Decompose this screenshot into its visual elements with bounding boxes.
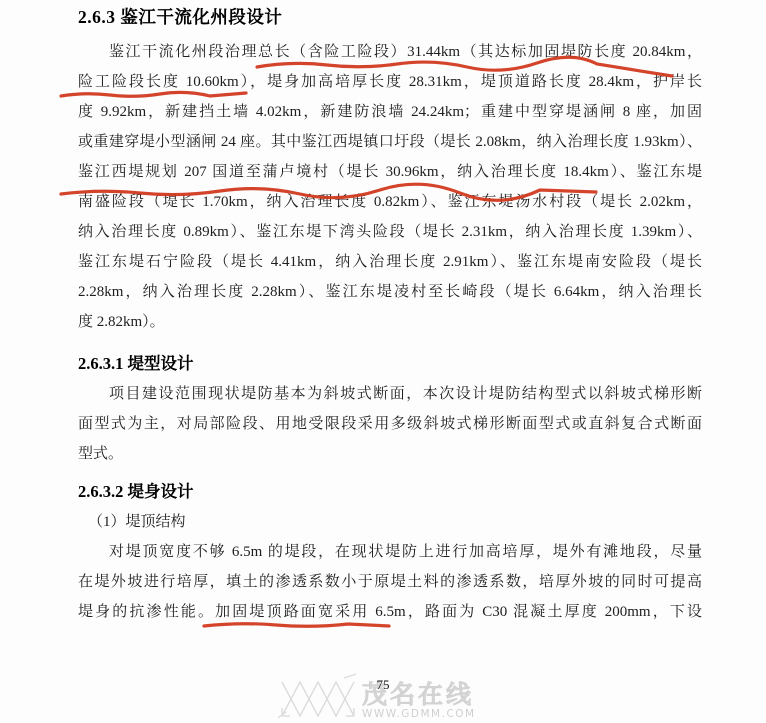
text-line: 度 2.82km）。	[78, 307, 702, 337]
page-number: 75	[0, 677, 766, 693]
text-line: 在堤外坡进行培厚，填土的渗透系数小于原堤土料的渗透系数，培厚外坡的同时可提高	[78, 567, 702, 597]
text-line: 堤身的抗渗性能。加固堤顶路面宽采用 6.5m，路面为 C30 混凝土厚度 200…	[78, 597, 702, 627]
paragraph-crest-design: 对堤顶宽度不够 6.5m 的堤段，在现状堤防上进行加高培厚，堤外有滩地段，尽量 …	[78, 537, 702, 627]
text-line: 南盛险段（堤长 1.70km，纳入治理长度 0.82km）、鉴江东堤汤水村段（堤…	[78, 187, 702, 217]
text-line: 鉴江西堤规划 207 国道至蒲卢境村（堤长 30.96km，纳入治理长度 18.…	[78, 157, 702, 187]
document-page: 茂名在线 WWW.GDMM.COM 2.6.3 鉴江干流化州段设计 鉴江干流化州…	[0, 0, 766, 723]
text-line: 对堤顶宽度不够 6.5m 的堤段，在现状堤防上进行加高培厚，堤外有滩地段，尽量	[78, 537, 702, 567]
document-content: 2.6.3 鉴江干流化州段设计 鉴江干流化州段治理总长（含险工险段）31.44k…	[78, 0, 702, 627]
section-heading-263: 2.6.3 鉴江干流化州段设计	[78, 4, 702, 30]
text-line: 型式。	[78, 439, 702, 469]
list-item-crest-structure: （1）堤顶结构	[78, 507, 702, 537]
text-line: 2.28km，纳入治理长度 2.28km）、鉴江东堤凌村至长崎段（堤长 6.64…	[78, 277, 702, 307]
text-line: 鉴江干流化州段治理总长（含险工险段）31.44km（其达标加固堤防长度 20.8…	[78, 37, 702, 67]
paragraph-summary: 鉴江干流化州段治理总长（含险工险段）31.44km（其达标加固堤防长度 20.8…	[78, 37, 702, 337]
paragraph-dike-type: 项目建设范围现状堤防基本为斜坡式断面，本次设计堤防结构型式以斜坡式梯形断 面型式…	[78, 379, 702, 469]
text-line: 或重建穿堤小型涵闸 24 座。其中鉴江西堤镇口圩段（堤长 2.08km，纳入治理…	[78, 127, 702, 157]
text-line: 面型式为主，对局部险段、用地受限段采用多级斜坡式梯形断面型式或直斜复合式断面	[78, 409, 702, 439]
section-heading-2631: 2.6.3.1 堤型设计	[78, 349, 702, 379]
text-line: 纳入治理长度 0.89km）、鉴江东堤下湾头险段（堤长 2.31km，纳入治理长…	[78, 217, 702, 247]
text-line: 险工险段长度 10.60km），堤身加高培厚长度 28.31km，堤顶道路长度 …	[78, 67, 702, 97]
watermark-url: WWW.GDMM.COM	[362, 708, 476, 720]
text-line: 项目建设范围现状堤防基本为斜坡式断面，本次设计堤防结构型式以斜坡式梯形断	[78, 379, 702, 409]
section-heading-2632: 2.6.3.2 堤身设计	[78, 477, 702, 507]
text-line: 度 9.92km，新建挡土墙 4.02km，新建防浪墙 24.24km；重建中型…	[78, 97, 702, 127]
text-line: 鉴江东堤石宁险段（堤长 4.41km，纳入治理长度 2.91km）、鉴江东堤南安…	[78, 247, 702, 277]
